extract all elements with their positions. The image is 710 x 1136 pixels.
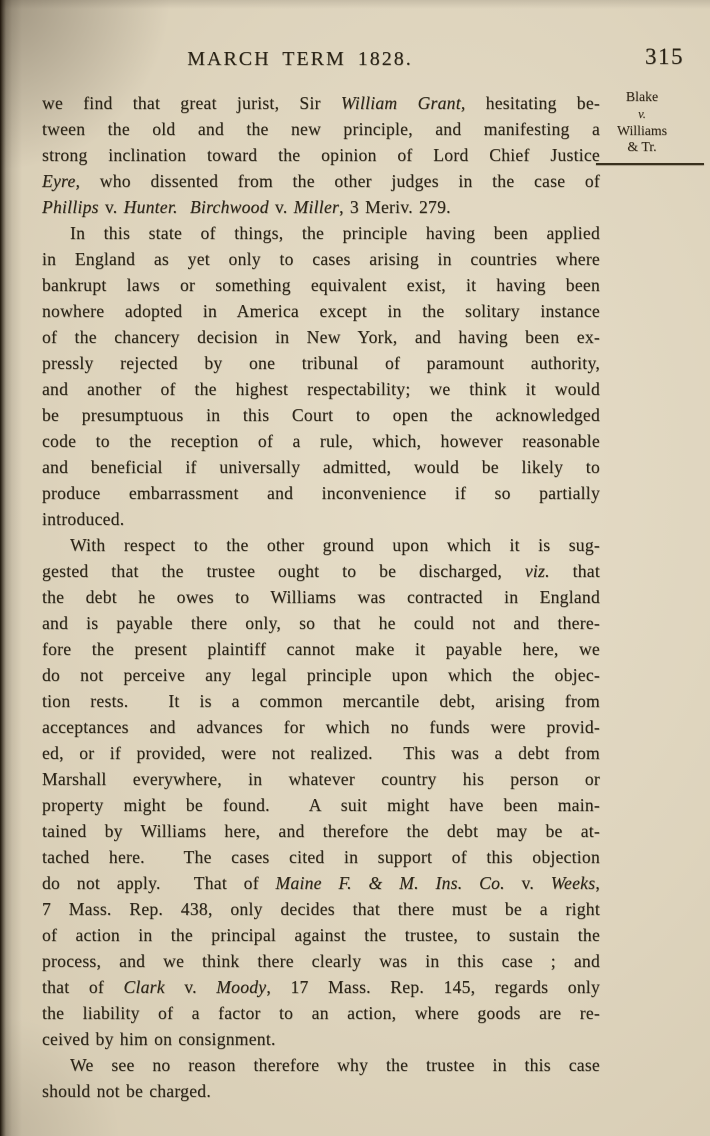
body-text-roman: nowhere adopted in America except in the…	[42, 301, 600, 321]
body-line: of the chancery decision in New York, an…	[42, 324, 600, 350]
body-line: Phillips v. Hunter. Birchwood v. Miller,…	[42, 194, 600, 220]
body-line: and beneficial if universally admitted, …	[42, 454, 600, 480]
body-line: do not apply. That of Maine F. & M. Ins.…	[42, 870, 600, 896]
body-text-roman	[178, 197, 190, 217]
body-line: gested that the trustee ought to be disc…	[42, 558, 600, 584]
body-line: acceptances and advances for which no fu…	[42, 714, 600, 740]
margin-note-versus: v.	[594, 106, 690, 123]
body-text-roman: tween the old and the new principle, and…	[42, 119, 600, 139]
body-line: 7 Mass. Rep. 438, only decides that ther…	[42, 896, 600, 922]
body-text-roman: With respect to the other ground upon wh…	[70, 535, 600, 555]
body-line: of action in the principal against the t…	[42, 922, 600, 948]
body-text-roman: the liability of a factor to an action, …	[42, 1003, 600, 1023]
body-text-roman: In this state of things, the principle h…	[70, 223, 600, 243]
body-text-roman: and beneficial if universally admitted, …	[42, 457, 600, 477]
margin-note-rule	[596, 163, 704, 165]
body-text-roman: ,	[595, 873, 600, 893]
body-line: the debt he owes to Williams was contrac…	[42, 584, 600, 610]
body-line: strong inclination toward the opinion of…	[42, 142, 600, 168]
body-text-roman: v.	[269, 197, 294, 217]
body-text-roman: in England as yet only to cases arising …	[42, 249, 600, 269]
body-text-italic: Clark	[123, 977, 164, 997]
body-text-roman: v.	[165, 977, 216, 997]
body-text-roman: that	[550, 561, 600, 581]
body-line: tween the old and the new principle, and…	[42, 116, 600, 142]
body-text-roman: bankrupt laws or something equivalent ex…	[42, 275, 600, 295]
body-text-italic: viz.	[525, 561, 550, 581]
body-text-roman: should not be charged.	[42, 1081, 211, 1101]
body-text-italic: Eyre,	[42, 171, 80, 191]
body-line: the liability of a factor to an action, …	[42, 1000, 600, 1026]
body-text-italic: Birchwood	[190, 197, 269, 217]
body-line: ed, or if provided, were not realized. T…	[42, 740, 600, 766]
body-text-roman: and another of the highest respectabilit…	[42, 379, 600, 399]
body-line: be presumptuous in this Court to open th…	[42, 402, 600, 428]
body-text: we find that great jurist, Sir William G…	[42, 90, 600, 1104]
body-text-roman: produce embarrassment and inconvenience …	[42, 483, 600, 503]
body-text-roman: , 3 Meriv. 279.	[339, 197, 451, 217]
body-line: do not perceive any legal principle upon…	[42, 662, 600, 688]
body-line: and is payable there only, so that he co…	[42, 610, 600, 636]
body-line: pressly rejected by one tribunal of para…	[42, 350, 600, 376]
body-text-roman: do not apply. That of	[42, 873, 276, 893]
body-text-italic: Moody	[216, 977, 266, 997]
body-text-roman: pressly rejected by one tribunal of para…	[42, 353, 600, 373]
body-text-roman: and is payable there only, so that he co…	[42, 613, 600, 633]
body-line: bankrupt laws or something equivalent ex…	[42, 272, 600, 298]
body-text-roman: strong inclination toward the opinion of…	[42, 145, 600, 165]
body-text-roman: tion rests. It is a common mercantile de…	[42, 691, 600, 711]
body-text-roman: the debt he owes to Williams was contrac…	[42, 587, 600, 607]
margin-note-party-defendant: Williams	[594, 123, 690, 140]
body-line: and another of the highest respectabilit…	[42, 376, 600, 402]
body-text-roman: do not perceive any legal principle upon…	[42, 665, 600, 685]
body-text-roman: of action in the principal against the t…	[42, 925, 600, 945]
body-text-roman: code to the reception of a rule, which, …	[42, 431, 600, 451]
margin-note-party-plaintiff: Blake	[594, 89, 690, 106]
body-text-italic: Phillips	[42, 197, 99, 217]
body-text-roman: hesitating be-	[466, 93, 601, 113]
body-text-roman: who dissented from the other judges in t…	[80, 171, 600, 191]
body-text-roman: fore the present plaintiff cannot make i…	[42, 639, 600, 659]
body-text-roman: 7 Mass. Rep. 438, only decides that ther…	[42, 899, 600, 919]
body-text-roman: of the chancery decision in New York, an…	[42, 327, 600, 347]
body-text-italic: William Grant,	[341, 93, 466, 113]
body-text-roman: ed, or if provided, were not realized. T…	[42, 743, 600, 763]
body-text-italic: Maine F. & M. Ins. Co.	[276, 873, 505, 893]
body-line: nowhere adopted in America except in the…	[42, 298, 600, 324]
body-text-roman: property might be found. A suit might ha…	[42, 795, 600, 815]
body-text-italic: Weeks	[551, 873, 596, 893]
body-text-roman: be presumptuous in this Court to open th…	[42, 405, 600, 425]
body-line: that of Clark v. Moody, 17 Mass. Rep. 14…	[42, 974, 600, 1000]
body-text-roman: ceived by him on consignment.	[42, 1029, 276, 1049]
body-text-italic: Miller	[294, 197, 339, 217]
running-header: MARCH TERM 1828.	[20, 48, 580, 71]
body-text-roman: Marshall everywhere, in whatever country…	[42, 769, 600, 789]
body-text-italic: Hunter.	[124, 197, 178, 217]
body-line: We see no reason therefore why the trust…	[42, 1052, 600, 1078]
body-line: should not be charged.	[42, 1078, 600, 1104]
body-text-roman: introduced.	[42, 509, 124, 529]
body-text-roman: acceptances and advances for which no fu…	[42, 717, 600, 737]
body-line: introduced.	[42, 506, 600, 532]
body-line: tached here. The cases cited in support …	[42, 844, 600, 870]
body-text-roman: that of	[42, 977, 123, 997]
body-line: in England as yet only to cases arising …	[42, 246, 600, 272]
body-text-roman: We see no reason therefore why the trust…	[70, 1055, 600, 1075]
body-text-roman: v.	[505, 873, 551, 893]
body-text-roman: , 17 Mass. Rep. 145, regards only	[266, 977, 600, 997]
body-line: code to the reception of a rule, which, …	[42, 428, 600, 454]
margin-note-case: Blake v. Williams & Tr.	[594, 89, 690, 156]
body-line: we find that great jurist, Sir William G…	[42, 90, 600, 116]
body-text-roman: we find that great jurist, Sir	[42, 93, 341, 113]
body-line: Marshall everywhere, in whatever country…	[42, 766, 600, 792]
body-text-roman: v.	[99, 197, 124, 217]
body-line: Eyre, who dissented from the other judge…	[42, 168, 600, 194]
body-text-roman: gested that the trustee ought to be disc…	[42, 561, 525, 581]
body-line: fore the present plaintiff cannot make i…	[42, 636, 600, 662]
scanned-book-page: MARCH TERM 1828. 315 Blake v. Williams &…	[0, 0, 710, 1136]
body-text-roman: process, and we think there clearly was …	[42, 951, 600, 971]
body-line: tion rests. It is a common mercantile de…	[42, 688, 600, 714]
body-line: produce embarrassment and inconvenience …	[42, 480, 600, 506]
body-line: tained by Williams here, and therefore t…	[42, 818, 600, 844]
margin-note-trustee: & Tr.	[594, 139, 690, 156]
body-text-roman: tached here. The cases cited in support …	[42, 847, 600, 867]
running-header-term: MARCH TERM 1828.	[187, 48, 413, 70]
body-line: process, and we think there clearly was …	[42, 948, 600, 974]
body-text-roman: tained by Williams here, and therefore t…	[42, 821, 600, 841]
body-line: ceived by him on consignment.	[42, 1026, 600, 1052]
body-line: In this state of things, the principle h…	[42, 220, 600, 246]
body-line: property might be found. A suit might ha…	[42, 792, 600, 818]
body-line: With respect to the other ground upon wh…	[42, 532, 600, 558]
page-number: 315	[645, 44, 684, 70]
